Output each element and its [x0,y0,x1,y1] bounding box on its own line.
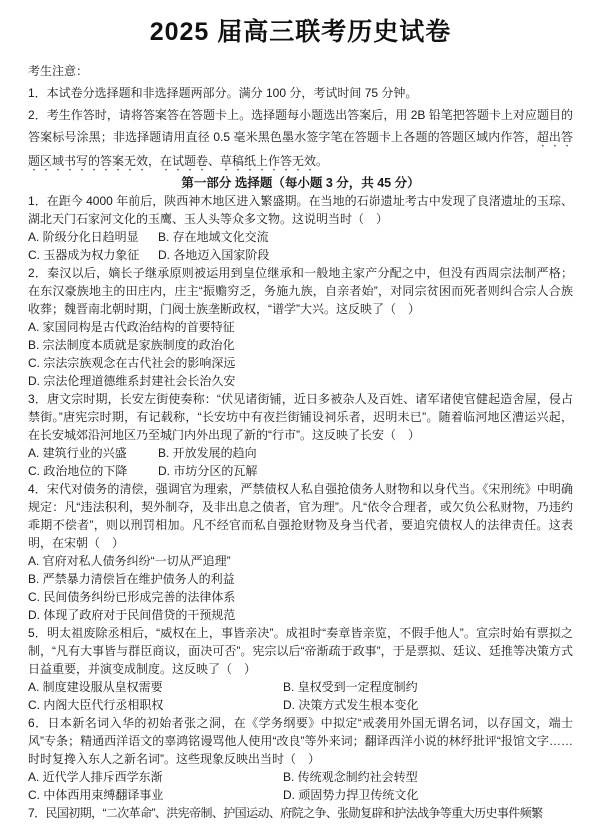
page-title: 2025 届高三联考历史试卷 [28,14,573,50]
question-2-stem: 2．秦汉以后，嫡长子继承原则被运用到皇位继承和一般地主家产分配之中，但没有西周宗… [28,264,573,318]
question-1-option-a: A. 阶级分化日趋明显 [28,228,158,246]
question-6-option-a: A. 近代学人排斥西学东渐 [28,768,283,786]
question-5-options-row-2: C. 内阁大臣代行丞相职权D. 决策方式发生根本变化 [28,696,573,714]
question-4-option-d: D. 体现了政府对于民间借贷的干预规范 [28,606,573,624]
section-header: 第一部分 选择题（每小题 3 分，共 45 分） [28,174,573,192]
question-5-option-d: D. 决策方式发生根本变化 [283,698,418,712]
question-1-option-d: D. 各地迈入国家阶段 [158,248,269,262]
question-3-options-row-1: A. 建筑行业的兴盛B. 开放发展的趋向 [28,444,573,462]
question-6-option-c: C. 中体西用束缚翻译事业 [28,786,283,804]
question-2-option-a: A. 家国同构是古代政治结构的首要特征 [28,318,573,336]
question-6-option-b: B. 传统观念制约社会转型 [283,770,418,784]
question-3-stem: 3．唐文宗时期，长安左街使奏称：“伏见诸街铺，近日多被杂人及百姓、诸军诸使官健起… [28,390,573,444]
question-6: 6．日本新名词入华的初始者张之洞，在《学务纲要》中拟定“戒袭用外国无谓名词，以存… [28,714,573,804]
question-3-options-row-2: C. 政治地位的下降D. 市坊分区的瓦解 [28,462,573,480]
question-7-stem: 7．民国初期，“二次革命”、洪宪帝制、护国运动、府院之争、张勋复辟和护法战争等重… [28,804,573,822]
question-4-option-b: B. 严禁暴力清偿旨在维护债务人的利益 [28,570,573,588]
notice-item-1: 1．本试卷分选择题和非选择题两部分。满分 100 分，考试时间 75 分钟。 [28,82,573,104]
question-4-option-a: A. 官府对私人债务纠纷“一切从严追理” [28,552,573,570]
question-6-options-row-2: C. 中体西用束缚翻译事业D. 顽固势力捍卫传统文化 [28,786,573,804]
question-2-option-c: C. 宗法宗族观念在古代社会的影响深远 [28,354,573,372]
question-5-option-c: C. 内阁大臣代行丞相职权 [28,696,283,714]
question-2-option-b: B. 宗法制度本质就是家族制度的政治化 [28,336,573,354]
question-1-option-c: C. 玉器成为权力象征 [28,246,158,264]
question-5-options-row-1: A. 制度建设服从皇权需要B. 皇权受到一定程度制约 [28,678,573,696]
question-4: 4．宋代对债务的清偿，强调官为理索，严禁债权人私自强抢债务人财物和以身代当。《宋… [28,480,573,624]
question-1-options-row-1: A. 阶级分化日趋明显B. 存在地域文化交流 [28,228,573,246]
question-5-stem: 5．明太祖废除丞相后，“威权在上，事皆亲决”。成祖时“奏章皆亲览，不假手他人”。… [28,624,573,678]
notice-section: 考生注意： 1．本试卷分选择题和非选择题两部分。满分 100 分，考试时间 75… [28,60,573,174]
exam-page: 2025 届高三联考历史试卷 考生注意： 1．本试卷分选择题和非选择题两部分。满… [0,0,601,824]
question-5-option-b: B. 皇权受到一定程度制约 [283,680,418,694]
question-4-option-c: C. 民间债务纠纷已形成完善的法律体系 [28,588,573,606]
question-6-options-row-1: A. 近代学人排斥西学东渐B. 传统观念制约社会转型 [28,768,573,786]
question-5-option-a: A. 制度建设服从皇权需要 [28,678,283,696]
question-5: 5．明太祖废除丞相后，“威权在上，事皆亲决”。成祖时“奏章皆亲览，不假手他人”。… [28,624,573,714]
question-2: 2．秦汉以后，嫡长子继承原则被运用到皇位继承和一般地主家产分配之中，但没有西周宗… [28,264,573,390]
question-1-options-row-2: C. 玉器成为权力象征D. 各地迈入国家阶段 [28,246,573,264]
notice-heading: 考生注意： [28,60,573,82]
question-1-option-b: B. 存在地域文化交流 [158,230,269,244]
question-6-option-d: D. 顽固势力捍卫传统文化 [283,788,418,802]
question-3-option-b: B. 开放发展的趋向 [158,446,257,460]
question-7: 7．民国初期，“二次革命”、洪宪帝制、护国运动、府院之争、张勋复辟和护法战争等重… [28,804,573,822]
notice-item-2-text: 2．考生作答时，请将答案答在答题卡上。选择题每小题选出答案后，用 2B 铅笔把答… [28,108,573,144]
question-6-stem: 6．日本新名词入华的初始者张之洞，在《学务纲要》中拟定“戒袭用外国无谓名词，以存… [28,714,573,768]
notice-item-2: 2．考生作答时，请将答案答在答题卡上。选择题每小题选出答案后，用 2B 铅笔把答… [28,104,573,174]
question-1-stem: 1．在距今 4000 年前后，陕西神木地区进入繁盛期。在当地的石峁遗址考古中发现… [28,192,573,228]
question-4-stem: 4．宋代对债务的清偿，强调官为理索，严禁债权人私自强抢债务人财物和以身代当。《宋… [28,480,573,552]
question-1: 1．在距今 4000 年前后，陕西神木地区进入繁盛期。在当地的石峁遗址考古中发现… [28,192,573,264]
question-3-option-a: A. 建筑行业的兴盛 [28,444,158,462]
question-3-option-c: C. 政治地位的下降 [28,462,158,480]
question-3: 3．唐文宗时期，长安左街使奏称：“伏见诸街铺，近日多被杂人及百姓、诸军诸使官健起… [28,390,573,480]
question-2-option-d: D. 宗法伦理道德维系封建社会长治久安 [28,372,573,390]
question-3-option-d: D. 市坊分区的瓦解 [158,464,257,478]
